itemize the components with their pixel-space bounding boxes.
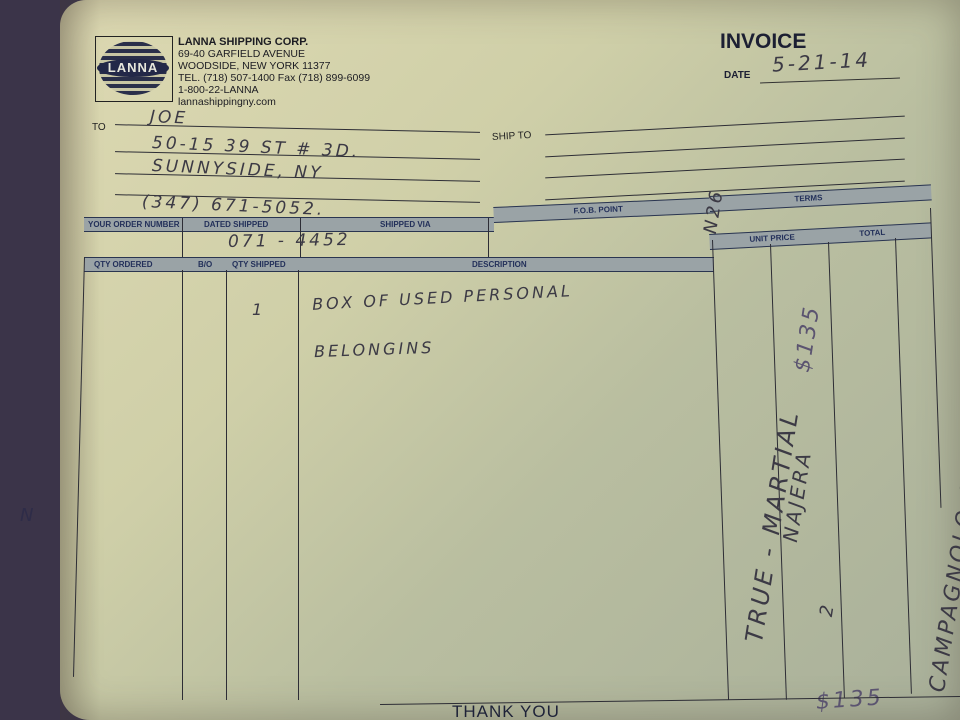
company-phone-fax: TEL. (718) 507-1400 Fax (718) 899-6099	[178, 72, 370, 84]
company-name: LANNA SHIPPING CORP.	[178, 36, 370, 48]
total-note: 2	[816, 601, 839, 619]
bo-header: B/O	[198, 260, 212, 269]
divider	[182, 218, 183, 258]
thank-you-text: THANK YOU	[452, 702, 560, 720]
dated-shipped-header: DATED SHIPPED	[204, 220, 268, 229]
column-line	[182, 270, 183, 700]
divider	[488, 218, 489, 258]
header-row-2-left: QTY ORDERED B/O QTY SHIPPED DESCRIPTION	[84, 257, 714, 272]
shipped-via-header: SHIPPED VIA	[380, 220, 431, 229]
qty-ordered-header: QTY ORDERED	[94, 260, 153, 269]
column-line	[226, 270, 227, 700]
company-address-line2: WOODSIDE, NEW YORK 11377	[178, 60, 370, 72]
ship-to-label: SHIP TO	[492, 130, 532, 143]
line-item-total: $135	[815, 685, 885, 715]
unit-price-header: UNIT PRICE	[749, 233, 795, 244]
date-label: DATE	[724, 70, 750, 81]
your-order-number-header: YOUR ORDER NUMBER	[88, 220, 180, 229]
company-tollfree: 1-800-22-LANNA	[178, 84, 370, 96]
dated-shipped-value: 071 - 4452	[228, 230, 351, 252]
terms-header: TERMS	[794, 193, 822, 203]
fob-point-header: F.O.B. POINT	[573, 204, 623, 215]
company-website: lannashippingny.com	[178, 96, 370, 108]
to-name: JOE	[150, 107, 189, 129]
company-logo: LANNA	[95, 36, 173, 102]
column-line	[298, 270, 299, 700]
to-label: TO	[92, 122, 106, 133]
logo-text: LANNA	[97, 59, 169, 77]
paper-shadow	[60, 0, 100, 720]
qty-shipped-header: QTY SHIPPED	[232, 260, 286, 269]
invoice-title: INVOICE	[720, 30, 806, 54]
background-handwritten-mark: N	[20, 505, 36, 526]
line-item-qty-shipped: 1	[252, 300, 265, 319]
company-address-line1: 69-40 GARFIELD AVENUE	[178, 48, 370, 60]
company-info: LANNA SHIPPING CORP. 69-40 GARFIELD AVEN…	[178, 36, 370, 108]
globe-icon: LANNA	[99, 41, 167, 95]
header-row-1-left: YOUR ORDER NUMBER DATED SHIPPED SHIPPED …	[84, 217, 494, 232]
description-header: DESCRIPTION	[472, 260, 527, 269]
total-header: TOTAL	[859, 228, 885, 238]
